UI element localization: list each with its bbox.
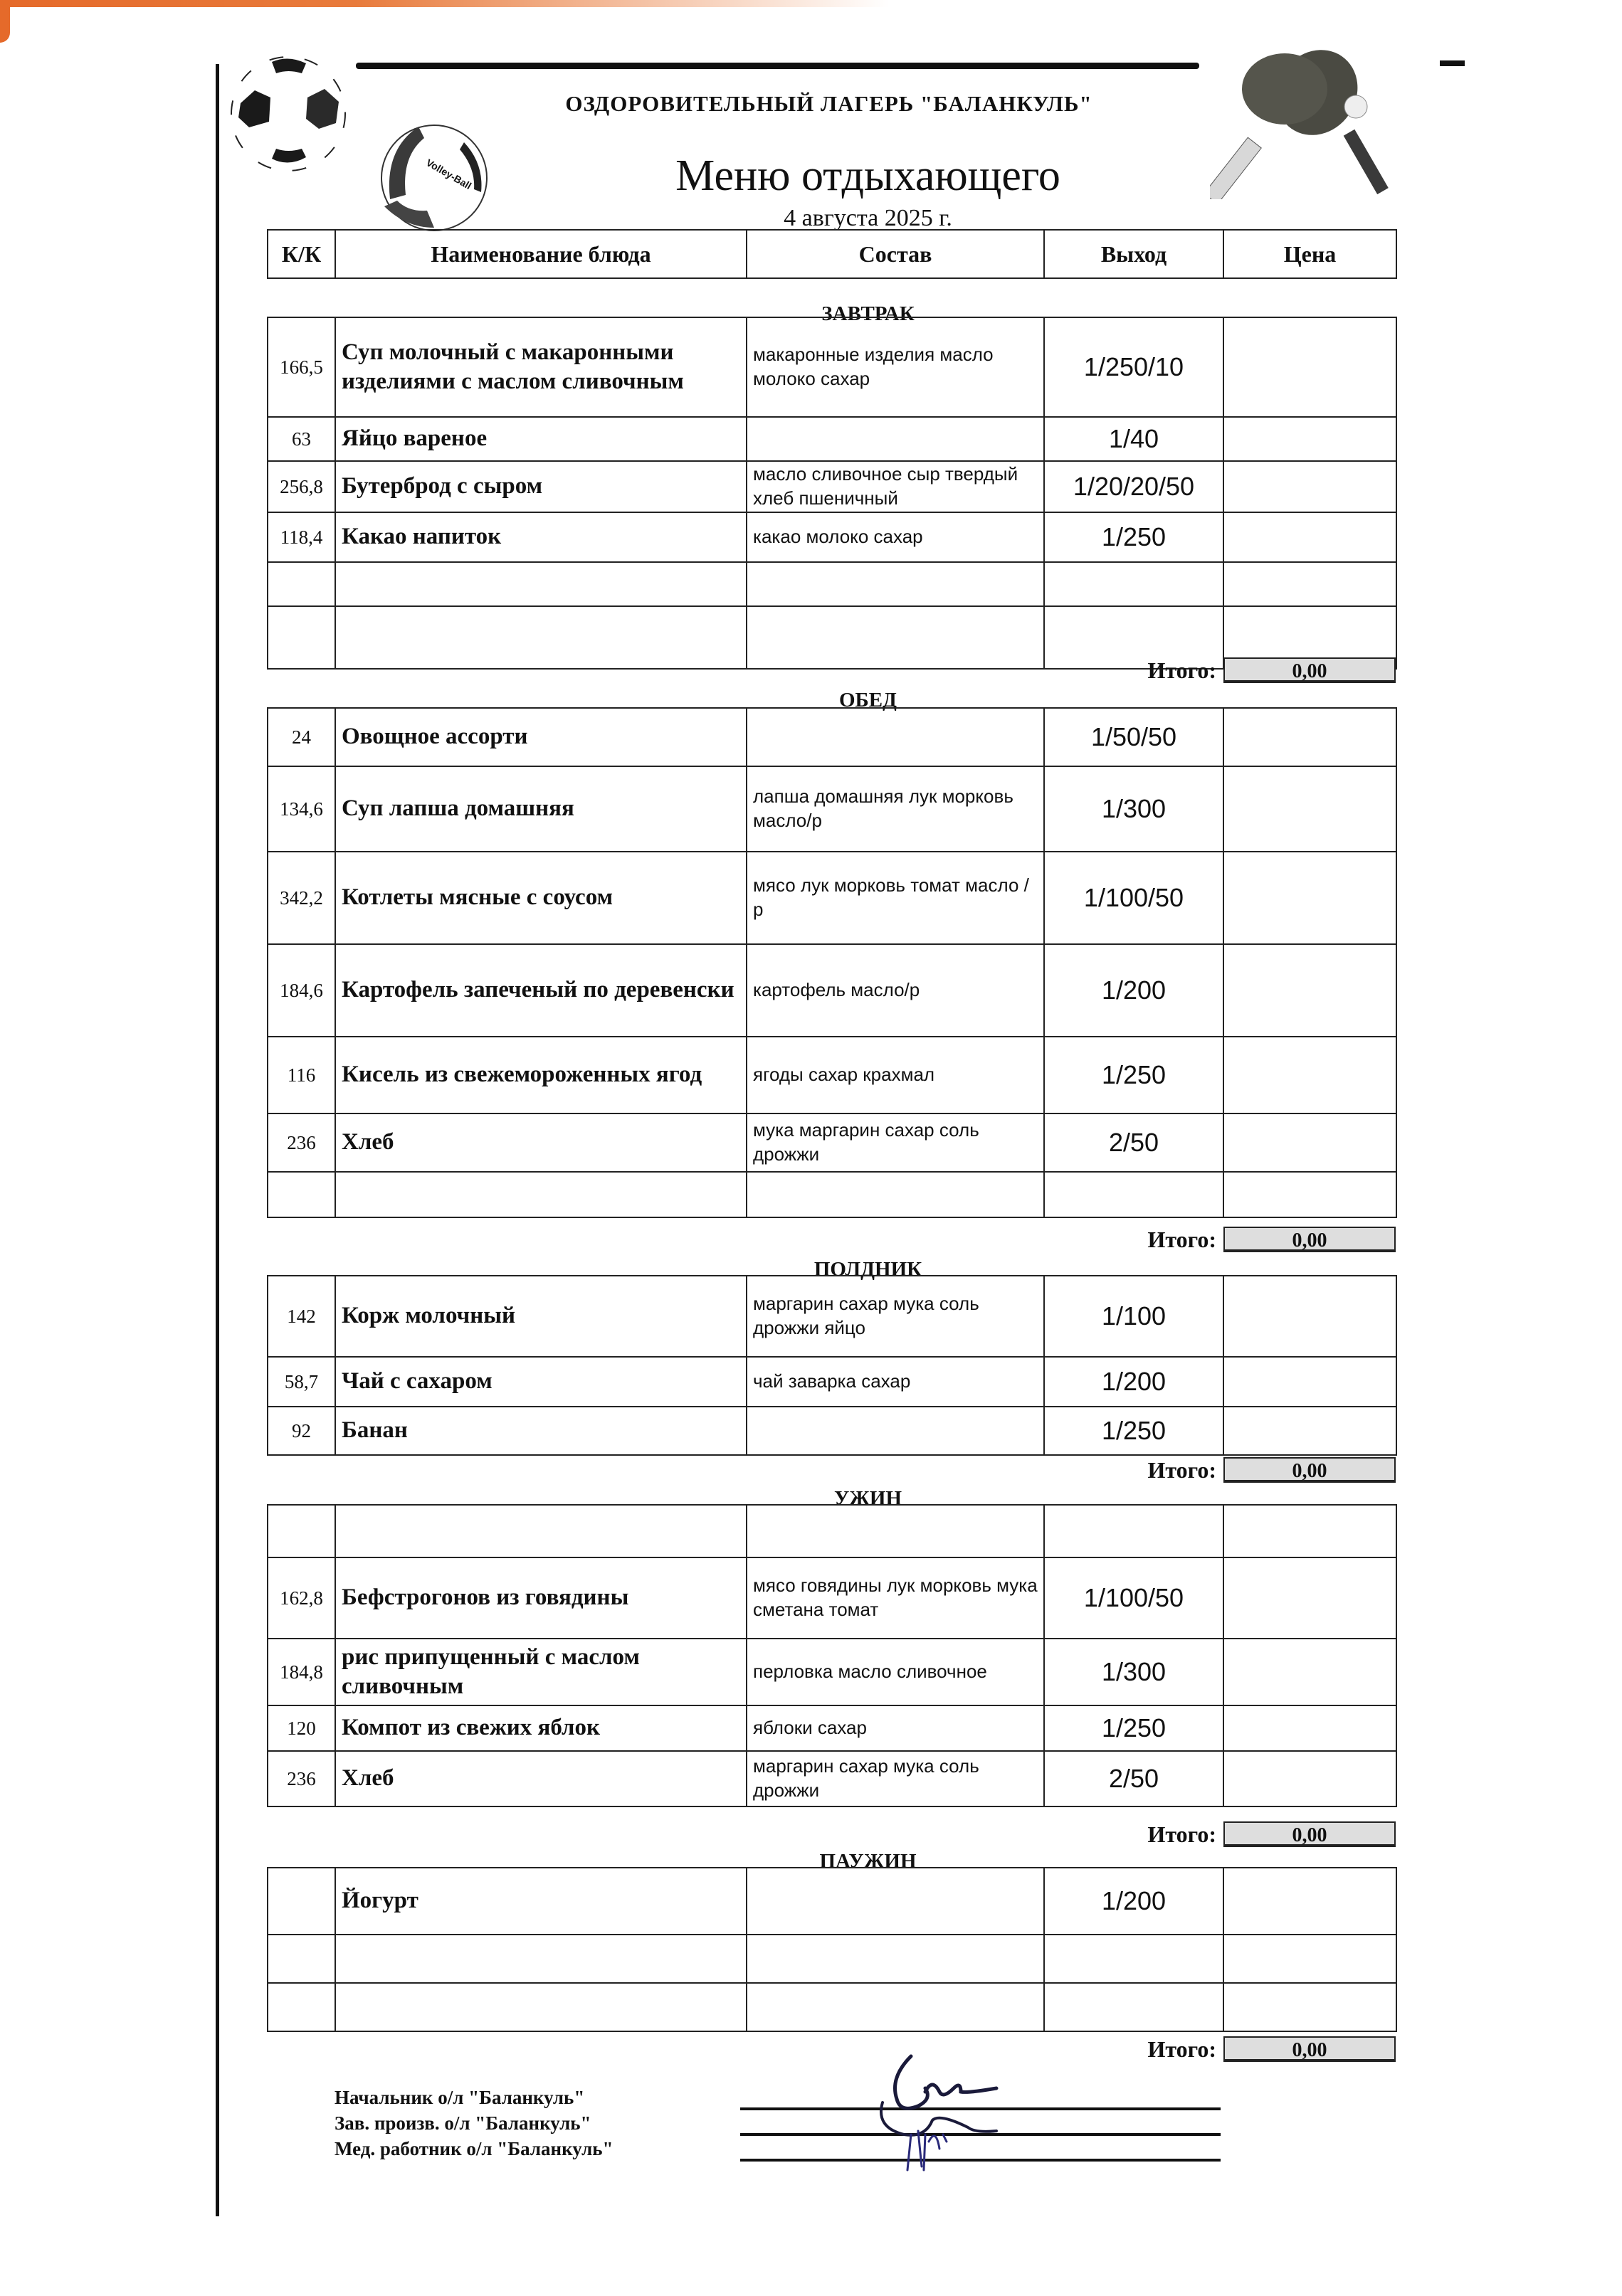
cell-dish	[335, 606, 747, 669]
cell-yield: 1/300	[1044, 1639, 1223, 1705]
cell-yield: 1/100	[1044, 1276, 1223, 1357]
cell-dish: Банан	[335, 1407, 747, 1455]
cell-code: 24	[268, 708, 335, 766]
cell-dish: Хлеб	[335, 1113, 747, 1172]
cell-dish: Компот из свежих яблок	[335, 1705, 747, 1751]
table-row: 58,7Чай с сахаромчай заварка сахар1/200	[268, 1357, 1396, 1407]
table-row: 256,8Бутерброд с сыроммасло сливочное сы…	[268, 461, 1396, 512]
cell-yield	[1044, 1172, 1223, 1217]
cell-price	[1223, 461, 1396, 512]
cell-code: 142	[268, 1276, 335, 1357]
cell-composition: перловка масло сливочное	[747, 1639, 1044, 1705]
col-header-yield: Выход	[1044, 230, 1223, 278]
section-total: Итого:0,00	[1068, 1820, 1396, 1848]
cell-composition: чай заварка сахар	[747, 1357, 1044, 1407]
cell-price	[1223, 562, 1396, 606]
table-row: 184,6Картофель запеченый по деревенскика…	[268, 944, 1396, 1037]
cell-yield: 2/50	[1044, 1113, 1223, 1172]
cell-code: 166,5	[268, 317, 335, 417]
column-header-table: К/К Наименование блюда Состав Выход Цена	[267, 229, 1397, 279]
table-row	[268, 1935, 1396, 1983]
cell-yield	[1044, 1505, 1223, 1557]
table-row	[268, 1505, 1396, 1557]
cell-code: 162,8	[268, 1557, 335, 1639]
total-label: Итого:	[1068, 657, 1223, 684]
section-total: Итого:0,00	[1068, 1225, 1396, 1254]
cell-price	[1223, 1276, 1396, 1357]
cell-code: 236	[268, 1113, 335, 1172]
cell-code: 92	[268, 1407, 335, 1455]
cell-composition: лапша домашняя лук морковь масло/р	[747, 766, 1044, 852]
table-row: 134,6Суп лапша домашняялапша домашняя лу…	[268, 766, 1396, 852]
cell-dish: Корж молочный	[335, 1276, 747, 1357]
total-value: 0,00	[1223, 2036, 1396, 2062]
cell-dish: рис припущенный с маслом сливочным	[335, 1639, 747, 1705]
cell-yield	[1044, 562, 1223, 606]
cell-price	[1223, 852, 1396, 944]
signature-label-head: Начальник о/л "Баланкуль"	[335, 2085, 613, 2110]
cell-code: 134,6	[268, 766, 335, 852]
cell-yield: 1/250/10	[1044, 317, 1223, 417]
cell-price	[1223, 1357, 1396, 1407]
col-header-code: К/К	[268, 230, 335, 278]
total-label: Итого:	[1068, 1457, 1223, 1483]
cell-price	[1223, 1505, 1396, 1557]
menu-table-section: 162,8Бефстрогонов из говядинымясо говяди…	[267, 1504, 1397, 1807]
table-row	[268, 1172, 1396, 1217]
cell-dish	[335, 1172, 747, 1217]
cell-price	[1223, 708, 1396, 766]
cell-composition	[747, 562, 1044, 606]
cell-code: 118,4	[268, 512, 335, 562]
cell-yield: 1/250	[1044, 1407, 1223, 1455]
cell-price	[1223, 417, 1396, 461]
cell-price	[1223, 1113, 1396, 1172]
cell-composition: какао молоко сахар	[747, 512, 1044, 562]
menu-date: 4 августа 2025 г.	[0, 205, 1622, 232]
cell-dish	[335, 1505, 747, 1557]
cell-dish	[335, 1983, 747, 2031]
total-value: 0,00	[1223, 657, 1396, 683]
cell-price	[1223, 512, 1396, 562]
cell-composition: картофель масло/р	[747, 944, 1044, 1037]
cell-code	[268, 1935, 335, 1983]
cell-dish: Кисель из свежемороженных ягод	[335, 1037, 747, 1113]
table-row	[268, 562, 1396, 606]
cell-dish: Хлеб	[335, 1751, 747, 1806]
cell-code: 256,8	[268, 461, 335, 512]
cell-dish: Яйцо вареное	[335, 417, 747, 461]
col-header-dish: Наименование блюда	[335, 230, 747, 278]
left-margin-rule	[216, 64, 219, 2216]
table-row: 116Кисель из свежемороженных ягодягоды с…	[268, 1037, 1396, 1113]
cell-yield: 1/200	[1044, 944, 1223, 1037]
menu-table-section: Йогурт1/200	[267, 1867, 1397, 2032]
cell-composition: мясо лук морковь томат масло /р	[747, 852, 1044, 944]
total-label: Итого:	[1068, 1227, 1223, 1253]
cell-price	[1223, 1705, 1396, 1751]
total-value: 0,00	[1223, 1821, 1396, 1847]
cell-dish: Суп лапша домашняя	[335, 766, 747, 852]
photo-corner-orange	[0, 0, 10, 43]
cell-price	[1223, 1172, 1396, 1217]
signature-label-production: Зав. произв. о/л "Баланкуль"	[335, 2110, 613, 2136]
cell-price	[1223, 1557, 1396, 1639]
cell-code: 184,6	[268, 944, 335, 1037]
col-header-price: Цена	[1223, 230, 1396, 278]
camp-name: ОЗДОРОВИТЕЛЬНЫЙ ЛАГЕРЬ "БАЛАНКУЛЬ"	[0, 91, 1622, 117]
page-title: Меню отдыхающего	[0, 151, 1622, 201]
cell-dish: Картофель запеченый по деревенски	[335, 944, 747, 1037]
table-row: 24Овощное ассорти1/50/50	[268, 708, 1396, 766]
table-row: 142Корж молочныймаргарин сахар мука соль…	[268, 1276, 1396, 1357]
cell-yield: 1/200	[1044, 1357, 1223, 1407]
cell-yield: 1/250	[1044, 1037, 1223, 1113]
cell-price	[1223, 944, 1396, 1037]
section-total: Итого:0,00	[1068, 2035, 1396, 2063]
cell-code	[268, 562, 335, 606]
table-row: 63Яйцо вареное1/40	[268, 417, 1396, 461]
cell-composition: маргарин сахар мука соль дрожжи яйцо	[747, 1276, 1044, 1357]
cell-dish: Овощное ассорти	[335, 708, 747, 766]
cell-composition: макаронные изделия масло молоко сахар	[747, 317, 1044, 417]
cell-dish: Суп молочный с макаронными изделиями с м…	[335, 317, 747, 417]
cell-composition	[747, 1407, 1044, 1455]
cell-yield: 2/50	[1044, 1751, 1223, 1806]
section-total: Итого:0,00	[1068, 1456, 1396, 1484]
cell-code	[268, 606, 335, 669]
cell-dish: Бутерброд с сыром	[335, 461, 747, 512]
cell-code: 116	[268, 1037, 335, 1113]
table-row: 236Хлебмука маргарин сахар соль дрожжи2/…	[268, 1113, 1396, 1172]
signature-labels: Начальник о/л "Баланкуль" Зав. произв. о…	[335, 2085, 613, 2162]
cell-code	[268, 1505, 335, 1557]
menu-table-section: 24Овощное ассорти1/50/50134,6Суп лапша д…	[267, 707, 1397, 1218]
signature-label-medic: Мед. работник о/л "Баланкуль"	[335, 2136, 613, 2162]
cell-yield	[1044, 1983, 1223, 2031]
table-row: 166,5Суп молочный с макаронными изделиям…	[268, 317, 1396, 417]
table-row: 92Банан1/250	[268, 1407, 1396, 1455]
cell-composition	[747, 1505, 1044, 1557]
table-row	[268, 1983, 1396, 2031]
cell-yield: 1/100/50	[1044, 852, 1223, 944]
cell-price	[1223, 1935, 1396, 1983]
cell-composition	[747, 417, 1044, 461]
section-total: Итого:0,00	[1068, 656, 1396, 684]
cell-price	[1223, 1868, 1396, 1935]
cell-composition: масло сливочное сыр твердый хлеб пшеничн…	[747, 461, 1044, 512]
cell-dish: Какао напиток	[335, 512, 747, 562]
table-row: Йогурт1/200	[268, 1868, 1396, 1935]
table-row: 342,2Котлеты мясные с соусоммясо лук мор…	[268, 852, 1396, 944]
cell-price	[1223, 1407, 1396, 1455]
corner-dash	[1440, 60, 1465, 66]
total-label: Итого:	[1068, 1821, 1223, 1848]
cell-code	[268, 1868, 335, 1935]
cell-dish: Бефстрогонов из говядины	[335, 1557, 747, 1639]
photo-edge-orange	[0, 0, 890, 7]
handwritten-signature	[854, 2049, 1068, 2177]
cell-yield: 1/40	[1044, 417, 1223, 461]
cell-price	[1223, 766, 1396, 852]
total-value: 0,00	[1223, 1457, 1396, 1483]
cell-composition: маргарин сахар мука соль дрожжи	[747, 1751, 1044, 1806]
cell-price	[1223, 1751, 1396, 1806]
cell-composition: мука маргарин сахар соль дрожжи	[747, 1113, 1044, 1172]
cell-composition	[747, 1983, 1044, 2031]
total-value: 0,00	[1223, 1227, 1396, 1252]
cell-code: 184,8	[268, 1639, 335, 1705]
cell-code	[268, 1172, 335, 1217]
table-row: 120Компот из свежих яблокяблоки сахар1/2…	[268, 1705, 1396, 1751]
cell-code	[268, 1983, 335, 2031]
cell-yield: 1/100/50	[1044, 1557, 1223, 1639]
cell-yield: 1/250	[1044, 512, 1223, 562]
total-label: Итого:	[1068, 2036, 1223, 2063]
cell-code: 63	[268, 417, 335, 461]
table-row: 236Хлебмаргарин сахар мука соль дрожжи2/…	[268, 1751, 1396, 1806]
cell-code: 58,7	[268, 1357, 335, 1407]
cell-code: 342,2	[268, 852, 335, 944]
cell-yield	[1044, 1935, 1223, 1983]
cell-price	[1223, 1037, 1396, 1113]
cell-yield: 1/200	[1044, 1868, 1223, 1935]
cell-dish: Йогурт	[335, 1868, 747, 1935]
cell-composition: ягоды сахар крахмал	[747, 1037, 1044, 1113]
cell-dish	[335, 562, 747, 606]
cell-price	[1223, 1639, 1396, 1705]
cell-dish: Чай с сахаром	[335, 1357, 747, 1407]
table-row: 184,8рис припущенный с маслом сливочнымп…	[268, 1639, 1396, 1705]
cell-composition: мясо говядины лук морковь мука сметана т…	[747, 1557, 1044, 1639]
cell-dish	[335, 1935, 747, 1983]
header-top-rule	[356, 63, 1199, 69]
cell-composition: яблоки сахар	[747, 1705, 1044, 1751]
cell-code: 120	[268, 1705, 335, 1751]
cell-composition	[747, 606, 1044, 669]
cell-composition	[747, 1172, 1044, 1217]
table-row: 118,4Какао напитоккакао молоко сахар1/25…	[268, 512, 1396, 562]
cell-composition	[747, 1868, 1044, 1935]
cell-composition	[747, 708, 1044, 766]
cell-price	[1223, 317, 1396, 417]
cell-code: 236	[268, 1751, 335, 1806]
cell-dish: Котлеты мясные с соусом	[335, 852, 747, 944]
menu-table-section: 142Корж молочныймаргарин сахар мука соль…	[267, 1275, 1397, 1456]
cell-yield: 1/50/50	[1044, 708, 1223, 766]
cell-composition	[747, 1935, 1044, 1983]
menu-table-section: 166,5Суп молочный с макаронными изделиям…	[267, 317, 1397, 670]
cell-yield: 1/20/20/50	[1044, 461, 1223, 512]
cell-price	[1223, 1983, 1396, 2031]
cell-yield: 1/250	[1044, 1705, 1223, 1751]
cell-yield: 1/300	[1044, 766, 1223, 852]
col-header-composition: Состав	[747, 230, 1044, 278]
table-row: 162,8Бефстрогонов из говядинымясо говяди…	[268, 1557, 1396, 1639]
